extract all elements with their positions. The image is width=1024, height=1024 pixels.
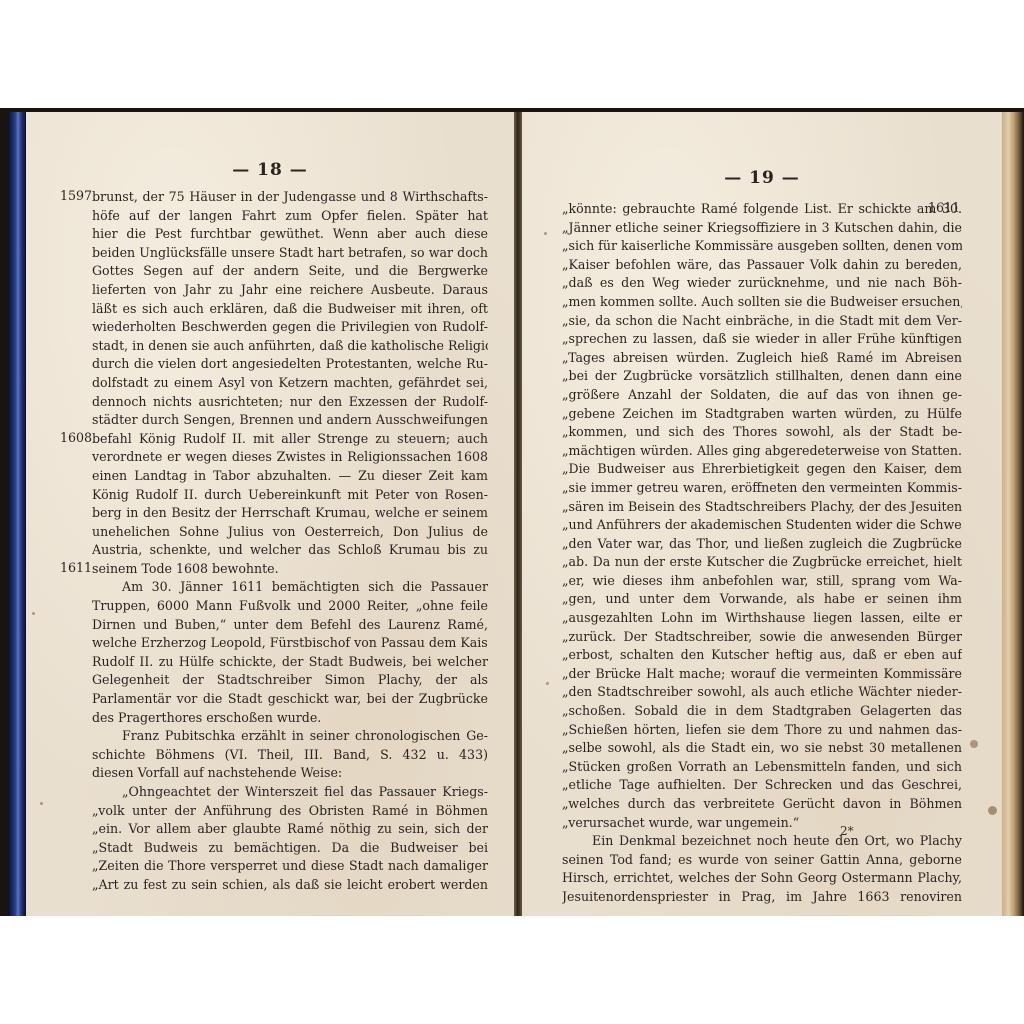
text-line: „selbe sowohl, als die Stadt ein, wo sie… bbox=[562, 739, 962, 758]
signature-mark: 2* bbox=[840, 824, 854, 838]
text-line: Gelegenheit der Stadtschreiber Simon Pla… bbox=[92, 671, 488, 690]
text-line: wiederholten Beschwerden gegen die Privi… bbox=[92, 318, 488, 337]
page-stack-edge bbox=[1002, 112, 1024, 916]
text-line: durch die vielen dort angesiedelten Prot… bbox=[92, 355, 488, 374]
text-line: „Stadt Budweis zu bemächtigen. Da die Bu… bbox=[92, 839, 488, 858]
text-line: „Tages abreisen würden. Zugleich hieß Ra… bbox=[562, 349, 962, 368]
text-line: „Die Budweiser aus Ehrerbietigkeit gegen… bbox=[562, 460, 962, 479]
paper-spot bbox=[546, 682, 549, 685]
text-line: stadt, in denen sie auch anführten, daß … bbox=[92, 337, 488, 356]
text-line: „ab. Da nun der erste Kutscher die Zugbr… bbox=[562, 553, 962, 572]
text-line: welche Erzherzog Leopold, Fürstbischof v… bbox=[92, 634, 488, 653]
text-line: Am 30. Jänner 1611 bemächtigten sich die… bbox=[92, 578, 488, 597]
text-line: des Pragerthores erschoßen wurde. bbox=[92, 709, 488, 728]
text-line: „mächtigen würden. Alles ging abgeredete… bbox=[562, 442, 962, 461]
open-book: — 18 — 1597 1608 1611 brunst, der 75 Häu… bbox=[0, 108, 1024, 916]
text-line: „Stücken großen Vorrath an Lebensmitteln… bbox=[562, 758, 962, 777]
text-line: „Art zu fest zu sein schien, als daß sie… bbox=[92, 876, 488, 895]
text-line: berg in den Besitz der Herrschaft Krumau… bbox=[92, 504, 488, 523]
text-line: Truppen, 6000 Mann Fußvolk und 2000 Reit… bbox=[92, 597, 488, 616]
text-line: befahl König Rudolf II. mit aller Streng… bbox=[92, 430, 488, 449]
paper-spot bbox=[544, 232, 547, 235]
text-line: Austria, schenkte, und welcher das Schlo… bbox=[92, 541, 488, 560]
text-line: „ausgezahlten Lohn im Wirthshause liegen… bbox=[562, 609, 962, 628]
text-line: „gebene Zeichen im Stadtgraben warten wü… bbox=[562, 405, 962, 424]
text-line: einen Landtag in Tabor abzuhalten. — Zu … bbox=[92, 467, 488, 486]
right-page: — 19 — 1611 „könnte: gebrauchte Ramé fol… bbox=[522, 112, 1002, 916]
text-line: brunst, der 75 Häuser in der Judengasse … bbox=[92, 188, 488, 207]
text-line: „schoßen. Sobald die in dem Stadtgraben … bbox=[562, 702, 962, 721]
text-line: Franz Pubitschka erzählt in seiner chron… bbox=[92, 727, 488, 746]
text-line: „Jänner etliche seiner Kriegsoffiziere i… bbox=[562, 219, 962, 238]
text-line: schichte Böhmens (VI. Theil, III. Band, … bbox=[92, 746, 488, 765]
text-line: „und Anführers der akademischen Studente… bbox=[562, 516, 962, 535]
text-line: Ein Denkmal bezeichnet noch heute den Or… bbox=[562, 832, 962, 851]
text-line: „Kaiser befohlen wäre, das Passauer Volk… bbox=[562, 256, 962, 275]
text-line: städter durch Sengen, Brennen und andern… bbox=[92, 411, 488, 430]
text-line: „Ohngeachtet der Winterszeit fiel das Pa… bbox=[92, 783, 488, 802]
text-line: „sich für kaiserliche Kommissäre ausgebe… bbox=[562, 237, 962, 256]
text-line: „Zeiten die Thore versperret und diese S… bbox=[92, 857, 488, 876]
book-gutter bbox=[514, 112, 522, 916]
text-line: „sären im Beisein des Stadtschreibers Pl… bbox=[562, 498, 962, 517]
paper-spot bbox=[40, 802, 43, 805]
paper-spot bbox=[32, 612, 35, 615]
text-line: „sie immer getreu waren, eröffneten den … bbox=[562, 479, 962, 498]
text-line: „bei der Zugbrücke vorsätzlich stillhalt… bbox=[562, 367, 962, 386]
text-line: verordnete er wegen dieses Zwistes in Re… bbox=[92, 448, 488, 467]
text-line: „gen, und unter dem Vorwande, als habe e… bbox=[562, 590, 962, 609]
left-page: — 18 — 1597 1608 1611 brunst, der 75 Häu… bbox=[26, 112, 514, 916]
paper-spot bbox=[970, 740, 978, 748]
margin-year: 1611 bbox=[60, 560, 92, 575]
text-line: „erbost, schalten den Kutscher heftig au… bbox=[562, 646, 962, 665]
text-line: Jesuitenordenspriester in Prag, im Jahre… bbox=[562, 888, 962, 907]
margin-year: 1597 bbox=[60, 188, 92, 203]
text-line: „ein. Vor allem aber glaubte Ramé nöthig… bbox=[92, 820, 488, 839]
text-line: „sie, da schon die Nacht einbräche, in d… bbox=[562, 312, 962, 331]
text-line: „men kommen sollte. Auch sollten sie die… bbox=[562, 293, 962, 312]
text-line: seinem Tode 1608 bewohnte. bbox=[92, 560, 488, 579]
margin-year: 1608 bbox=[60, 430, 92, 445]
page-number-18: — 18 — bbox=[26, 160, 514, 180]
paper-spot bbox=[988, 806, 997, 815]
text-line: Hirsch, errichtet, welches der Sohn Geor… bbox=[562, 869, 962, 888]
blue-cover-edge bbox=[8, 112, 26, 916]
text-line: unehelichen Sohne Julius von Oesterreich… bbox=[92, 523, 488, 542]
text-line: „Schießen hörten, liefen sie dem Thore z… bbox=[562, 721, 962, 740]
text-line: Rudolf II. zu Hülfe schickte, der Stadt … bbox=[92, 653, 488, 672]
text-line: König Rudolf II. durch Uebereinkunft mit… bbox=[92, 486, 488, 505]
text-line: Gottes Segen auf der andern Seite, und d… bbox=[92, 262, 488, 281]
text-line: lieferten von Jahr zu Jahr eine reichere… bbox=[92, 281, 488, 300]
left-page-body: brunst, der 75 Häuser in der Judengasse … bbox=[92, 188, 488, 895]
text-line: „volk unter der Anführung des Obristen R… bbox=[92, 802, 488, 821]
text-line: beiden Unglücksfälle unsere Stadt hart b… bbox=[92, 244, 488, 263]
text-line: dolfstadt zu einem Asyl von Ketzern mach… bbox=[92, 374, 488, 393]
text-line: höfe auf der langen Fahrt zum Opfer fiel… bbox=[92, 207, 488, 226]
text-line: „könnte: gebrauchte Ramé folgende List. … bbox=[562, 200, 962, 219]
text-line: dennoch nichts ausrichteten; nur den Exz… bbox=[92, 393, 488, 412]
text-line: „den Stadtschreiber sowohl, als auch etl… bbox=[562, 683, 962, 702]
text-line: „etliche Tage aufhielten. Der Schrecken … bbox=[562, 776, 962, 795]
text-line: diesen Vorfall auf nachstehende Weise: bbox=[92, 764, 488, 783]
text-line: „er, wie dieses ihm anbefohlen war, stil… bbox=[562, 572, 962, 591]
text-line: „den Vater war, das Thor, und ließen zug… bbox=[562, 535, 962, 554]
text-line: „welches durch das verbreitete Gerücht d… bbox=[562, 795, 962, 814]
right-page-body: „könnte: gebrauchte Ramé folgende List. … bbox=[562, 200, 962, 907]
text-line: „verursachet wurde, war ungemein.“ bbox=[562, 814, 962, 833]
page-number-19: — 19 — bbox=[522, 168, 1002, 188]
text-line: „der Brücke Halt mache; worauf die verme… bbox=[562, 665, 962, 684]
text-line: „sprechen zu lassen, daß sie wieder in a… bbox=[562, 330, 962, 349]
text-line: „größere Anzahl der Soldaten, die auf da… bbox=[562, 386, 962, 405]
text-line: „kommen, und sich des Thores sowohl, als… bbox=[562, 423, 962, 442]
text-line: „daß es den Weg wieder zurücknehme, und … bbox=[562, 274, 962, 293]
text-line: seinen Tod fand; es wurde von seiner Gat… bbox=[562, 851, 962, 870]
text-line: „zurück. Der Stadtschreiber, sowie die a… bbox=[562, 628, 962, 647]
text-line: hier die Pest furchtbar gewüthet. Wenn a… bbox=[92, 225, 488, 244]
text-line: Dirnen und Buben,“ unter dem Befehl des … bbox=[92, 616, 488, 635]
text-line: läßt es sich auch erklären, daß die Budw… bbox=[92, 300, 488, 319]
text-line: Parlamentär vor die Stadt geschickt war,… bbox=[92, 690, 488, 709]
